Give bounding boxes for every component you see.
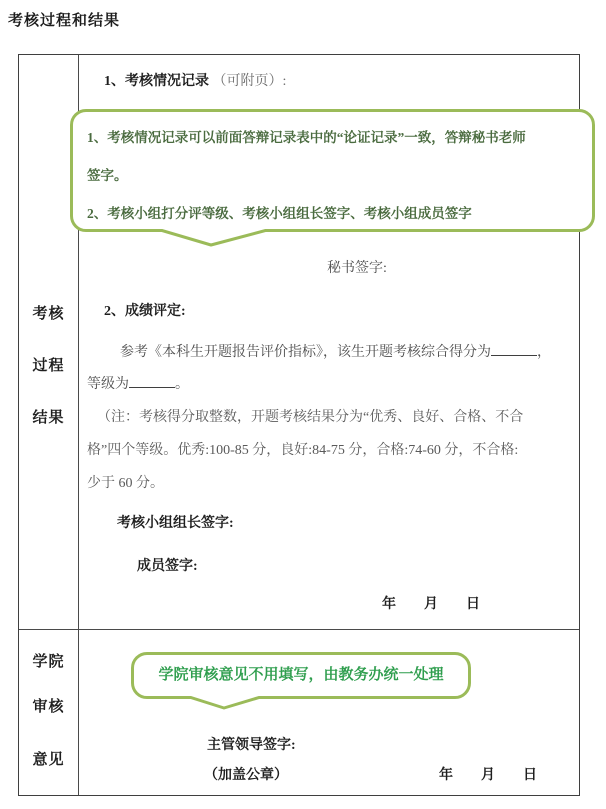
page-title: 考核过程和结果	[8, 9, 120, 30]
secretary-sign-label: 秘书签字:	[327, 257, 387, 277]
section2-heading: 2、成绩评定:	[104, 300, 186, 320]
grade-sentence-tail: 。	[175, 377, 189, 392]
row2-label-line1: 学院	[19, 650, 78, 671]
callout1-line3: 2、考核小组打分评等级、考核小组组长签字、考核小组成员签字	[87, 202, 472, 222]
supervisor-sign-label: 主管领导签字:	[207, 734, 296, 754]
grade-sentence-text: 等级为	[87, 377, 129, 392]
annotation-callout-1: 1、考核情况记录可以前面答辩记录表中的“论证记录”一致，答辩秘书老师 签字。 2…	[70, 109, 595, 232]
note-line3: 少于 60 分。	[87, 472, 164, 492]
score-sentence-tail: ，	[537, 345, 551, 360]
group-leader-sign-label: 考核小组组长签字:	[117, 512, 234, 532]
section1-suffix: （可附页）:	[213, 74, 287, 89]
row2-label-cell: 学院 审核 意见	[19, 629, 78, 797]
grade-blank-field	[129, 374, 175, 388]
row2-content-cell: 学院审核意见不用填写，由教务办统一处理 主管领导签字: （加盖公章） 年 月 日	[79, 629, 580, 797]
callout1-tail-icon	[155, 229, 273, 249]
callout2-text: 学院审核意见不用填写，由教务办统一处理	[134, 655, 468, 696]
annotation-callout-2: 学院审核意见不用填写，由教务办统一处理	[131, 652, 471, 699]
assessment-table: 考核 过程 结果 1、考核情况记录 （可附页）: 1、考核情况记录可以前面答辩记…	[18, 54, 580, 796]
row1-label-line2: 过程	[19, 354, 78, 375]
score-blank-field	[491, 342, 537, 356]
seal-note-label: （加盖公章）	[204, 764, 288, 784]
score-sentence: 参考《本科生开题报告评价指标》，该生开题考核综合得分为，	[120, 341, 551, 361]
row1-date-line: 年 月 日	[382, 593, 480, 613]
row-divider	[19, 629, 579, 630]
row2-label-line2: 审核	[19, 695, 78, 716]
section1-heading: 1、考核情况记录	[104, 74, 209, 89]
document-page: 考核过程和结果 考核 过程 结果 1、考核情况记录 （可附页）: 1、考核情况记…	[0, 0, 606, 809]
row1-content-cell: 1、考核情况记录 （可附页）: 1、考核情况记录可以前面答辩记录表中的“论证记录…	[79, 55, 580, 629]
note-line1: （注：考核得分取整数，开题考核结果分为“优秀、良好、合格、不合	[97, 406, 523, 426]
row2-label-line3: 意见	[19, 748, 78, 769]
score-sentence-text: 参考《本科生开题报告评价指标》，该生开题考核综合得分为	[120, 345, 491, 360]
callout1-line2: 签字。	[87, 164, 128, 184]
note-line2: 格”四个等级。优秀:100-85 分，良好:84-75 分，合格:74-60 分…	[87, 439, 518, 459]
callout1-line1: 1、考核情况记录可以前面答辩记录表中的“论证记录”一致，答辩秘书老师	[87, 126, 526, 146]
row2-date-line: 年 月 日	[439, 764, 537, 784]
grade-sentence: 等级为。	[87, 373, 189, 393]
callout2-tail-icon	[184, 696, 266, 716]
row1-label-line3: 结果	[19, 406, 78, 427]
row1-label-line1: 考核	[19, 302, 78, 323]
section1-heading-line: 1、考核情况记录 （可附页）:	[104, 70, 286, 90]
member-sign-label: 成员签字:	[137, 555, 198, 575]
